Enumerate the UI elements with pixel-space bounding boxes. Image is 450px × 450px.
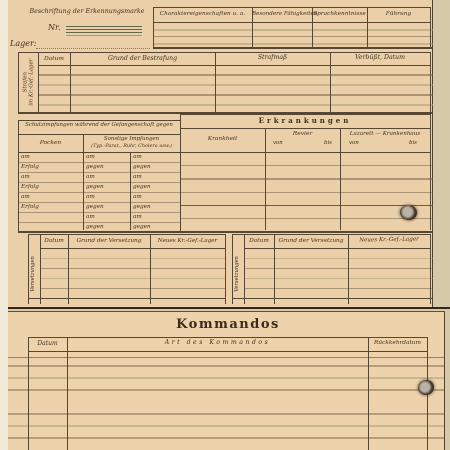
impfungen-cell: am [21, 194, 30, 200]
erkrankungen-revier-von: von [273, 141, 283, 147]
impfungen-cell: Erfolg [21, 204, 39, 210]
erkrankungen-lazarett-von: von [349, 141, 359, 147]
table-border [232, 234, 430, 235]
strafen-header-datum: Datum [38, 56, 70, 62]
impfungen-col-pocken: Pocken [18, 140, 83, 146]
table-border [18, 120, 180, 121]
card-fold-line-thin [8, 311, 445, 312]
table-border [180, 231, 433, 233]
impfungen-cell: am [86, 214, 95, 220]
erkrankungen-ruled-rows [181, 153, 433, 229]
left-edge-strip [0, 0, 8, 450]
kommandos-header-art: Art des Kommandos [67, 340, 368, 347]
versetzungen-left-side-label: Versetzungen [28, 250, 40, 297]
grid-line [40, 234, 41, 304]
impfungen-cell: am [86, 194, 95, 200]
grid-line [153, 7, 430, 8]
kommandos-header-datum: Datum [28, 341, 67, 348]
card-fold-line [8, 307, 450, 309]
kommandos-header-rueckkehr: Rückkehrdatum [368, 340, 427, 346]
versetzungen-right-side-label: Versetzungen [232, 250, 244, 297]
traits-header-sprachen: Sprachkenntnisse [312, 11, 367, 17]
traits-header-fuehrung: Führung [367, 11, 430, 17]
grid-line [180, 114, 181, 232]
grid-line [18, 134, 180, 135]
erkrankungen-col-lazarett: Lazarett — Krankenhaus [340, 131, 430, 137]
grid-line [180, 128, 430, 129]
lager-dotted-line [36, 42, 150, 49]
versetzungen-right-header-datum: Datum [244, 238, 274, 244]
table-border [18, 52, 430, 53]
table-border [180, 114, 430, 115]
grid-line [368, 337, 369, 450]
impfungen-cell: am [133, 194, 142, 200]
table-border [28, 234, 225, 235]
erkrankungen-title: Erkrankungen [180, 117, 430, 125]
strafen-header-grund: Grund der Bestrafung [70, 56, 215, 63]
erkennungsmarke-label: Beschriftung der Erkennungsmarke [22, 9, 152, 16]
nr-fill-lines [66, 26, 142, 36]
strafen-side-label-line2: im Kr.-Gef.-Lager [28, 59, 34, 106]
lager-label: Lager: [10, 40, 36, 49]
strafen-header-verbuesst: Verbüßt, Datum [330, 55, 430, 62]
kommandos-ruled-rows [8, 352, 444, 450]
impfungen-cell: am [86, 154, 95, 160]
impfungen-cell: am [21, 174, 30, 180]
grid-line [67, 337, 68, 450]
versetzungen-right-ruled-rows [245, 249, 433, 298]
impfungen-cell: gegen [133, 224, 151, 230]
grid-line [150, 234, 151, 304]
strafen-ruled-rows [39, 66, 434, 112]
erkrankungen-col-krankheit: Krankheit [180, 136, 265, 142]
grid-line [430, 114, 431, 230]
pow-personnel-card-scan: Beschriftung der Erkennungsmarke Nr. Lag… [0, 0, 450, 450]
grid-line [274, 234, 275, 304]
grid-line [28, 337, 29, 450]
versetzungen-right-header-grund: Grund der Versetzung [274, 238, 348, 244]
strafen-side-label: Strafenim Kr.-Gef.-Lager [18, 53, 38, 112]
traits-header-faehigkeiten: Besondere Fähigkeiten [252, 11, 312, 17]
grid-line [225, 234, 226, 304]
impfungen-cell: am [133, 154, 142, 160]
grid-line [265, 128, 266, 230]
erkrankungen-lazarett-bis: bis [409, 141, 417, 147]
erkrankungen-revier-bis: bis [324, 141, 332, 147]
grid-line [340, 128, 341, 230]
table-border [232, 298, 433, 300]
impfungen-cell: am [133, 214, 142, 220]
traits-ruled-rows [154, 23, 433, 48]
grid-line [348, 234, 349, 304]
impfungen-cell: gegen [133, 164, 151, 170]
grid-line [430, 7, 431, 48]
grid-line [130, 152, 131, 230]
grid-line [244, 234, 245, 304]
table-border [18, 231, 180, 233]
impfungen-cell: gegen [86, 184, 104, 190]
versetzungen-left-header-datum: Datum [40, 238, 68, 244]
table-border [28, 298, 225, 300]
impfungen-cell: gegen [133, 204, 151, 210]
impfungen-title: Schutzimpfungen während der Gefangenscha… [19, 123, 179, 129]
impfungen-cell: gegen [86, 204, 104, 210]
nr-label: Nr. [48, 24, 61, 33]
impfungen-cell: am [133, 174, 142, 180]
impfungen-cell: gegen [133, 184, 151, 190]
impfungen-cell: Erfolg [21, 164, 39, 170]
grid-line [68, 234, 69, 304]
impfungen-cell: gegen [86, 164, 104, 170]
impfungen-cell: gegen [86, 224, 104, 230]
versetzungen-left-header-grund: Grund der Versetzung [68, 238, 150, 244]
strafen-header-strafmass: Strafmaß [215, 55, 330, 62]
impfungen-col-sonstige-sub: (Typ.-Parat., Ruhr, Cholera usw.) [83, 144, 180, 149]
grid-line [18, 120, 19, 232]
impfungen-cell: am [21, 154, 30, 160]
impfungen-cell: Erfolg [21, 184, 39, 190]
grid-line [430, 52, 431, 112]
strafen-side-label-line1: Strafen [22, 59, 28, 106]
kommandos-title: Kommandos [28, 318, 428, 332]
grid-line [430, 234, 431, 304]
erkrankungen-col-revier: Revier [265, 131, 340, 137]
punch-hole-bottom [418, 380, 434, 395]
versetzungen-left-header-lager: Neues Kr.-Gef.-Lager [150, 238, 225, 244]
table-border [153, 47, 433, 49]
impfungen-cell: am [86, 174, 95, 180]
traits-header-charakter: Charaktereigenschaften u. a. [153, 11, 252, 17]
